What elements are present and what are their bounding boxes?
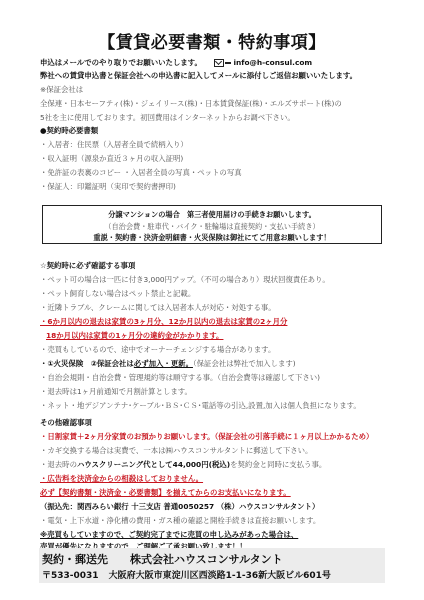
check-item: ・ネット・地デジアンテナ･ケーブル･ＢＳ･ＣＳ･電話等の引込,設置,加入は個人負… xyxy=(40,401,361,411)
required-doc-item: ・保証人：印鑑証明（実印で契約書押印) xyxy=(40,182,176,192)
contract-checks-heading: ☆契約時に必ず確認する事項 xyxy=(40,261,135,271)
cleaning-prefix: ・退去時の xyxy=(40,460,77,469)
required-docs-heading: ●契約時必要書類 xyxy=(40,126,98,136)
required-doc-item: ・入居者：住民票（入居者全員で続柄入り） xyxy=(40,140,188,150)
insurance-prefix: ・①火災保険 ②保証会社は xyxy=(40,359,134,368)
postal-code: 〒533-0031 xyxy=(42,571,99,581)
guarantor-list: 全保連・日本セーフティ(株)・ジェイリース(株)・日本賃貸保証(株)・エルズサポ… xyxy=(40,99,342,109)
footer-line-1: 契約・郵送先株式会社ハウスコンサルタント xyxy=(42,551,283,567)
sale-note-1: ※売買もしていますので、ご契約完了までに売買の申し込みがあった場合は、 xyxy=(40,530,298,540)
penalty-line-1: ・6か月以内の退去は家賃の3ヶ月分、12か月以内の退去は家賃の2ヶ月分 xyxy=(40,317,287,327)
footer-label: 契約・郵送先 xyxy=(42,553,108,566)
payment-note: 必ず【契約書類・決済金・必要書類】を揃えてからのお支払いになります。 xyxy=(40,488,291,498)
guarantor-usage: 5社を主に使用しております。初回費用はインターネットからお調べ下さい。 xyxy=(40,113,295,123)
dash-icon xyxy=(225,62,231,64)
footer-line-2: 〒533-0031大阪府大阪市東淀川区西淡路1-1-36新大阪ビル601号 xyxy=(42,568,331,581)
mail-icon xyxy=(214,59,224,67)
cleaning-note: ・退去時のハウスクリーニング代として44,000円(税込)を契約金と同時に支払う… xyxy=(40,460,326,470)
utilities-note: ・電気・上下水道・浄化槽の費用・ガス種の確認と開栓手続きは直接お願いします。 xyxy=(40,516,320,526)
email-link[interactable]: info@h-consul.com xyxy=(233,58,312,67)
deposit-note: ・日割家賃＋2ヶ月分家賃のお預かりお願いします。（保証会社の引落手続に１ヶ月以上… xyxy=(40,432,373,442)
other-checks-heading: その他確認事項 xyxy=(40,418,92,428)
check-item: ・退去時は1ヶ月前通知で月割計算とします。 xyxy=(40,387,192,397)
insurance-suffix: （保証会社は弊社で加入します) xyxy=(193,359,296,368)
insurance-emphasis: 必ず加入・更新。 xyxy=(134,359,193,368)
intro-line-email: 申込はメールでのやり取りでお願いいたします。 info@h-consul.com xyxy=(40,58,312,68)
page-title: 【賃貸必要書類・特約事項】 xyxy=(0,28,424,53)
condo-notice-box: 分譲マンションの場合 第三者使用届けの手続きお願いします。 （自治会費・駐車代・… xyxy=(42,205,382,244)
intro-instruction: 弊社への賃貸申込書と保証会社への申込書に記入してメールに添付しご返信お願いいたし… xyxy=(40,71,357,81)
bank-info: （振込先：関西みらい銀行 十三支店 普通0050257 （株）ハウスコンサルタン… xyxy=(40,502,319,512)
owner-change-note: ・売買もしているので、途中でオーナーチェンジする場合があります。 xyxy=(40,345,275,355)
intro-text: 申込はメールでのやり取りでお願いいたします。 xyxy=(40,58,202,67)
key-note: ・カギ交換する場合は実費で、一本は㈱ハウスコンサルタントに郵送して下さい。 xyxy=(40,446,312,456)
company-name: 株式会社ハウスコンサルタント xyxy=(130,553,283,566)
guarantor-note: ※保証会社は xyxy=(40,85,83,95)
notice-line-2: （自治会費・駐車代・バイク・駐輪場は直接契約・支払い手続き） xyxy=(43,222,381,232)
check-item: ・自治会規則・自治会費・管理規約等は順守する事。（自治会費等は確認して下さい) xyxy=(40,373,320,383)
required-doc-item: ・収入証明（源泉か直近３ヶ月の収入証明) xyxy=(40,154,183,164)
check-item: ・ペット可の場合は一匹に付き3,000円アップ。（不可の場合あり）現状回復責任あ… xyxy=(40,275,330,285)
penalty-line-2: 18か月以内は家賃の1ヶ月分の違約金がかかります。 xyxy=(46,331,223,341)
email-contact[interactable]: info@h-consul.com xyxy=(214,58,312,67)
required-doc-item: ・免許証の表裏のコピー ・入居者全員の写真・ペットの写真 xyxy=(40,168,242,178)
cleaning-emphasis: ハウスクリーニング代として44,000円(税込) xyxy=(77,460,230,469)
address: 大阪府大阪市東淀川区西淡路1-1-36新大阪ビル601号 xyxy=(109,571,331,581)
cleaning-suffix: を契約金と同時に支払う事。 xyxy=(230,460,326,469)
notice-line-3: 重説・契約書・決済金明細書・火災保険は御社にてご用意お願いします！ xyxy=(43,233,381,243)
notice-line-1: 分譲マンションの場合 第三者使用届けの手続きお願いします。 xyxy=(43,210,381,220)
ad-fee-note: ・広告料を決済金からの相殺はしておりません。 xyxy=(40,474,203,484)
check-item: ・ペット飼育しない場合はペット禁止と記載。 xyxy=(40,289,195,299)
insurance-note: ・①火災保険 ②保証会社は必ず加入・更新。（保証会社は弊社で加入します) xyxy=(40,359,296,369)
contact-footer: 契約・郵送先株式会社ハウスコンサルタント 〒533-0031大阪府大阪市東淀川区… xyxy=(39,548,385,583)
check-item: ・近隣トラブル、クレームに関しては入居者本人が対応・対処する事。 xyxy=(40,303,276,313)
